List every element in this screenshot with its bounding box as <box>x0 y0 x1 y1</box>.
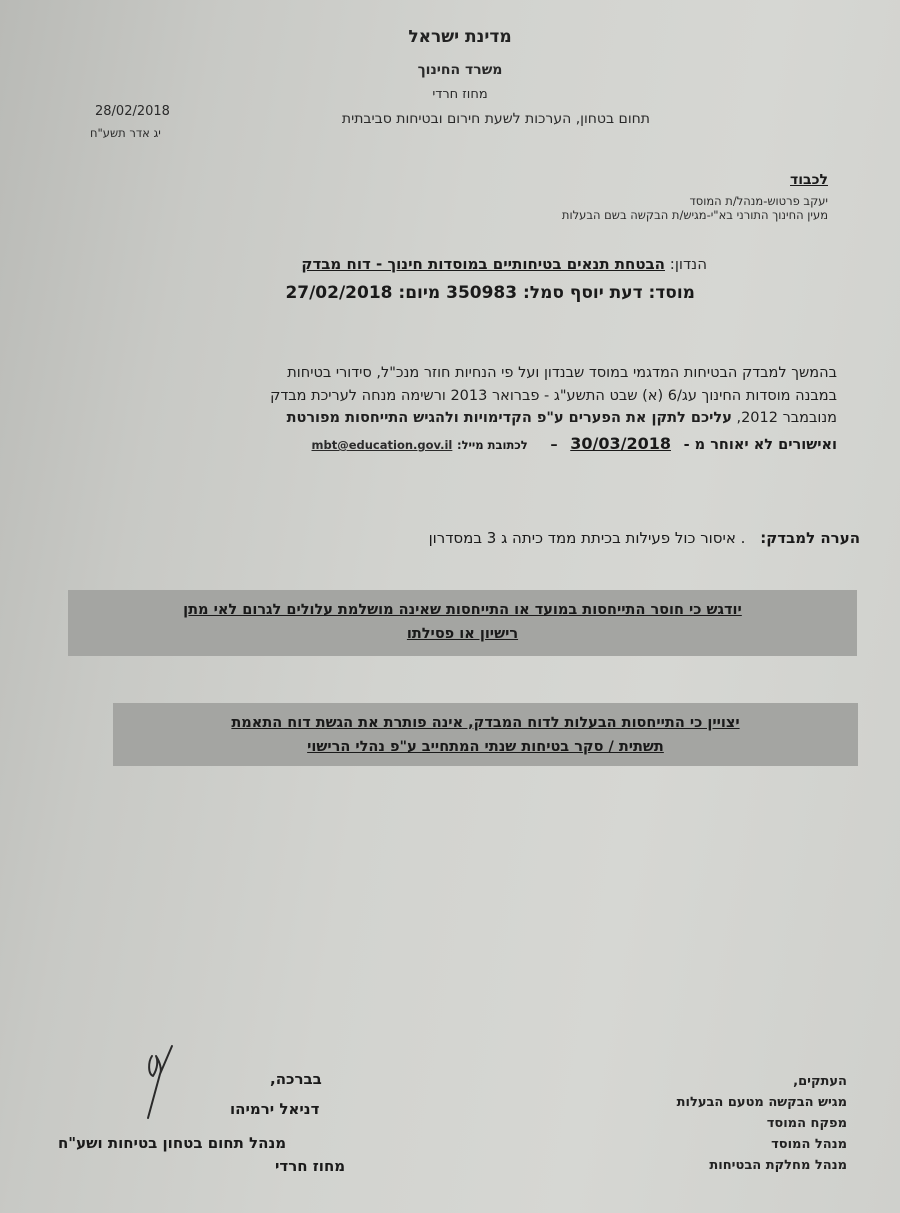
signer-name: דניאל ירמיהו <box>230 1100 319 1118</box>
recipient-line-2: מעין החינוך התורני בא"י-מגיש/ת הבקשה בשם… <box>562 208 828 222</box>
body-line-3: מנובמבר 2012, עליכם לתקן את הפערים ע"פ ה… <box>287 410 837 426</box>
body-line-4: ואישורים לא יאוחר מ - 30/03/2018 – לכתוב… <box>312 434 838 453</box>
warning-box-survey: יצויין כי התייחסות הבעלות לדוח המבדק, אי… <box>113 703 858 766</box>
warning-1-line-2: רישיון או פסילתו <box>68 622 857 646</box>
inspector-note: הערה למבדק: . איסור כול פעילות בכיתת ממד… <box>429 529 860 547</box>
subject-line: הנדון: הבטחת תנאים בטיחותיים במוסדות חינ… <box>301 255 707 273</box>
deadline-date: 30/03/2018 <box>570 434 671 453</box>
body-line-2: במבנה מוסדות החינוך עג/6 (א) שבט התשע"ג … <box>270 388 837 404</box>
email-label: לכתובת מייל: <box>457 438 528 452</box>
copies-title: העתקים, <box>793 1074 847 1089</box>
institution-line: מוסד: דעת יוסף סמל: 350983 מיום: 27/02/2… <box>285 283 695 303</box>
copies-item: מנהל מחלקת הבטיחות <box>709 1158 847 1173</box>
subject-label: הנדון: <box>670 255 707 273</box>
inspector-note-label: הערה למבדק: <box>760 529 860 547</box>
ministry-title: משרד החינוך <box>405 62 515 78</box>
state-title: מדינת ישראל <box>385 27 535 47</box>
body-line-3-plain: מנובמבר 2012, <box>736 410 837 426</box>
date-gregorian: 28/02/2018 <box>95 104 170 119</box>
signer-title: מנהל תחום בטחון בטיחות ושע"ח <box>58 1134 286 1152</box>
body-line-1: בהמשך למבדק הבטיחות המדגמי במוסד שבנדון … <box>287 365 837 381</box>
warning-1-line-1: יודגש כי חוסר התייחסות במועד או התייחסות… <box>68 598 857 622</box>
email-link[interactable]: mbt@education.gov.il <box>312 438 453 452</box>
recipient-label: לכבוד <box>790 172 828 188</box>
warning-2-line-1: יצויין כי התייחסות הבעלות לדוח המבדק, אי… <box>113 711 858 735</box>
signature-icon <box>140 1042 180 1122</box>
closing-regards: בברכה, <box>270 1070 322 1088</box>
copies-item: מנהל המוסד <box>771 1137 847 1152</box>
department-title: תחום בטחון, הערכות לשעת חירום ובטיחות סב… <box>342 111 650 127</box>
subject-value: הבטחת תנאים בטיחותיים במוסדות חינוך - דו… <box>301 255 665 273</box>
warning-2-line-2: תשתית / סקר בטיחות שנתי המתחייב ע"פ נהלי… <box>113 735 858 759</box>
copies-item: מגיש הבקשה מטעם הבעלות <box>677 1095 847 1110</box>
signer-district: מחוז חרדי <box>275 1157 345 1175</box>
inspector-note-text: . איסור כול פעילות בכיתת ממד כיתה ג 3 במ… <box>429 529 746 547</box>
warning-box-license: יודגש כי חוסר התייחסות במועד או התייחסות… <box>68 590 857 656</box>
copies-item: מפקח המוסד <box>767 1116 847 1131</box>
date-hebrew: יג אדר תשע"ח <box>90 126 161 140</box>
dash: – <box>550 437 557 453</box>
body-line-3-bold: עליכם לתקן את הפערים ע"פ הקדימויות ולהגי… <box>287 410 732 426</box>
district-title: מחוז חרדי <box>420 87 500 102</box>
deadline-label: ואישורים לא יאוחר מ - <box>684 437 837 453</box>
recipient-line-1: יעקב פרטוש-מנהל/ת המוסד <box>689 194 828 208</box>
